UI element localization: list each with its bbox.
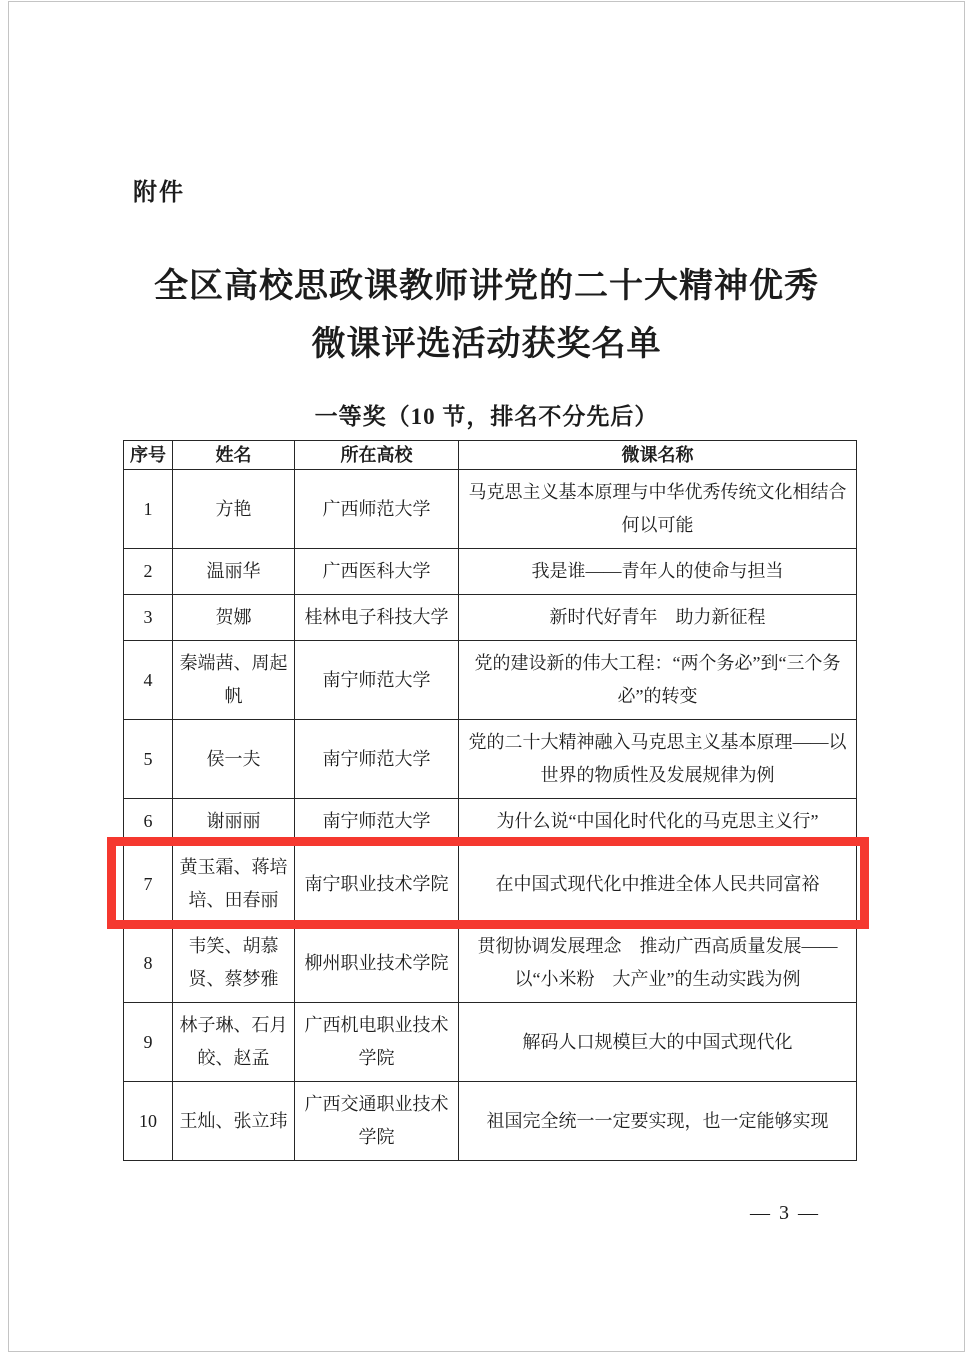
table-row: 3 贺娜 桂林电子科技大学 新时代好青年 助力新征程 (124, 595, 857, 641)
document-title-line1: 全区高校思政课教师讲党的二十大精神优秀 (0, 258, 973, 316)
table-row: 1 方艳 广西师范大学 马克思主义基本原理与中华优秀传统文化相结合何以可能 (124, 470, 857, 549)
section-heading: 一等奖（10 节，排名不分先后） (0, 398, 973, 431)
column-header-school: 所在高校 (295, 441, 459, 470)
cell-name: 韦笑、胡慕贤、蔡梦雅 (173, 924, 295, 1003)
cell-course-title: 在中国式现代化中推进全体人民共同富裕 (459, 845, 857, 924)
award-table: 序号 姓名 所在高校 微课名称 1 方艳 广西师范大学 马克思主义基本原理与中华… (123, 440, 857, 1161)
cell-name: 王灿、张立玮 (173, 1082, 295, 1161)
cell-course-title: 新时代好青年 助力新征程 (459, 595, 857, 641)
attachment-label: 附件 (133, 172, 185, 207)
cell-course-title: 党的二十大精神融入马克思主义基本原理——以世界的物质性及发展规律为例 (459, 720, 857, 799)
cell-school: 广西交通职业技术学院 (295, 1082, 459, 1161)
table-row: 4 秦端茜、周起帆 南宁师范大学 党的建设新的伟大工程：“两个务必”到“三个务必… (124, 641, 857, 720)
cell-course-title: 我是谁——青年人的使命与担当 (459, 549, 857, 595)
table-row: 6 谢丽丽 南宁师范大学 为什么说“中国化时代化的马克思主义行” (124, 799, 857, 845)
cell-row-number: 4 (124, 641, 173, 720)
table-row: 5 侯一夫 南宁师范大学 党的二十大精神融入马克思主义基本原理——以世界的物质性… (124, 720, 857, 799)
cell-row-number: 1 (124, 470, 173, 549)
table-row: 8 韦笑、胡慕贤、蔡梦雅 柳州职业技术学院 贯彻协调发展理念 推动广西高质量发展… (124, 924, 857, 1003)
cell-row-number: 5 (124, 720, 173, 799)
cell-school: 南宁师范大学 (295, 799, 459, 845)
table-header-row: 序号 姓名 所在高校 微课名称 (124, 441, 857, 470)
cell-course-title: 党的建设新的伟大工程：“两个务必”到“三个务必”的转变 (459, 641, 857, 720)
document-title-line2: 微课评选活动获奖名单 (0, 316, 973, 374)
page-number: — 3 — (735, 1202, 835, 1225)
column-header-course: 微课名称 (459, 441, 857, 470)
table-row: 2 温丽华 广西医科大学 我是谁——青年人的使命与担当 (124, 549, 857, 595)
cell-name: 贺娜 (173, 595, 295, 641)
table-row: 9 林子琳、石月皎、赵孟 广西机电职业技术学院 解码人口规模巨大的中国式现代化 (124, 1003, 857, 1082)
cell-name: 秦端茜、周起帆 (173, 641, 295, 720)
table-row: 7 黄玉霜、蒋培培、田春丽 南宁职业技术学院 在中国式现代化中推进全体人民共同富… (124, 845, 857, 924)
table-row: 10 王灿、张立玮 广西交通职业技术学院 祖国完全统一一定要实现，也一定能够实现 (124, 1082, 857, 1161)
cell-row-number: 7 (124, 845, 173, 924)
cell-name: 温丽华 (173, 549, 295, 595)
column-header-no: 序号 (124, 441, 173, 470)
cell-course-title: 马克思主义基本原理与中华优秀传统文化相结合何以可能 (459, 470, 857, 549)
cell-course-title: 解码人口规模巨大的中国式现代化 (459, 1003, 857, 1082)
cell-row-number: 9 (124, 1003, 173, 1082)
cell-school: 广西医科大学 (295, 549, 459, 595)
cell-school: 南宁师范大学 (295, 641, 459, 720)
cell-row-number: 10 (124, 1082, 173, 1161)
cell-school: 广西机电职业技术学院 (295, 1003, 459, 1082)
cell-name: 方艳 (173, 470, 295, 549)
cell-row-number: 2 (124, 549, 173, 595)
cell-school: 柳州职业技术学院 (295, 924, 459, 1003)
cell-school: 南宁师范大学 (295, 720, 459, 799)
cell-row-number: 3 (124, 595, 173, 641)
award-table-body: 1 方艳 广西师范大学 马克思主义基本原理与中华优秀传统文化相结合何以可能 2 … (124, 470, 857, 1161)
cell-name: 林子琳、石月皎、赵孟 (173, 1003, 295, 1082)
column-header-name: 姓名 (173, 441, 295, 470)
cell-school: 南宁职业技术学院 (295, 845, 459, 924)
cell-name: 谢丽丽 (173, 799, 295, 845)
cell-school: 广西师范大学 (295, 470, 459, 549)
cell-row-number: 8 (124, 924, 173, 1003)
cell-course-title: 为什么说“中国化时代化的马克思主义行” (459, 799, 857, 845)
document-page: 附件 全区高校思政课教师讲党的二十大精神优秀 微课评选活动获奖名单 一等奖（10… (0, 0, 973, 1358)
cell-school: 桂林电子科技大学 (295, 595, 459, 641)
cell-name: 黄玉霜、蒋培培、田春丽 (173, 845, 295, 924)
cell-course-title: 贯彻协调发展理念 推动广西高质量发展——以“小米粉 大产业”的生动实践为例 (459, 924, 857, 1003)
document-title: 全区高校思政课教师讲党的二十大精神优秀 微课评选活动获奖名单 (0, 258, 973, 374)
cell-course-title: 祖国完全统一一定要实现，也一定能够实现 (459, 1082, 857, 1161)
cell-row-number: 6 (124, 799, 173, 845)
cell-name: 侯一夫 (173, 720, 295, 799)
